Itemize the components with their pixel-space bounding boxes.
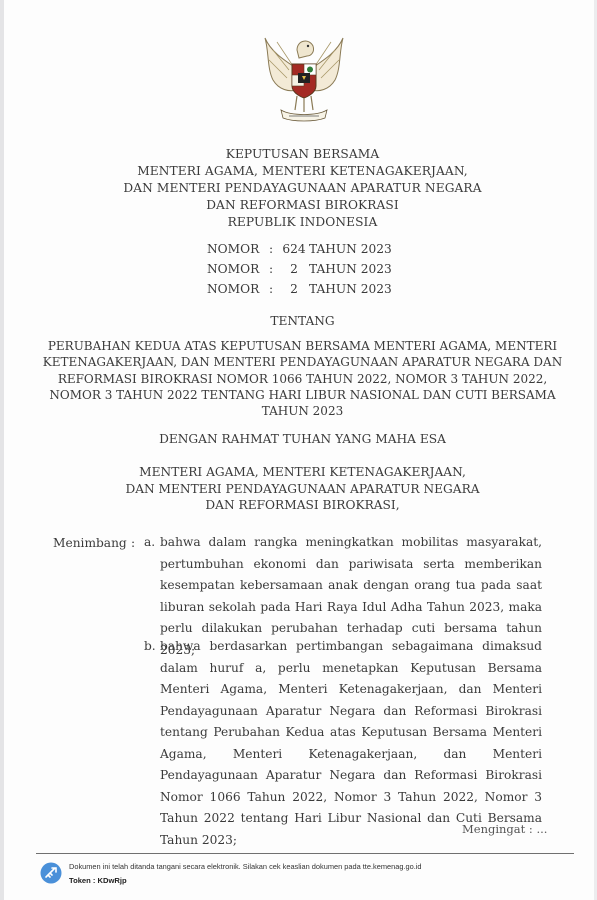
menimbang-label: Menimbang [53,536,127,550]
document-page: KEPUTUSAN BERSAMA MENTERI AGAMA, MENTERI… [0,0,597,900]
decree-numbers: NOMOR : 624 TAHUN 2023 NOMOR : 2 TAHUN 2… [207,239,392,299]
menimbang-colon: : [131,536,135,550]
title-line: TAHUN 2023 [34,403,571,419]
nomor-year: TAHUN 2023 [309,239,392,259]
heading-line: DAN REFORMASI BIROKRASI [4,197,597,214]
title-line: NOMOR 3 TAHUN 2022 TENTANG HARI LIBUR NA… [34,387,571,403]
e-signature-notice: Dokumen ini telah ditanda tangani secara… [69,862,422,871]
garuda-emblem-icon [259,30,349,126]
item-marker: b. [144,636,156,658]
nomor-colon: : [263,279,279,299]
title-line: REFORMASI BIROKRASI NOMOR 1066 TAHUN 202… [34,371,571,387]
menteri-line: DAN MENTERI PENDAYAGUNAAN APARATUR NEGAR… [4,481,597,498]
item-marker: a. [144,532,155,554]
title-line: KETENAGAKERJAAN, DAN MENTERI PENDAYAGUNA… [34,354,571,370]
title-line: PERUBAHAN KEDUA ATAS KEPUTUSAN BERSAMA M… [34,338,571,354]
nomor-label: NOMOR [207,259,263,279]
nomor-row: NOMOR : 2 TAHUN 2023 [207,279,392,299]
nomor-year: TAHUN 2023 [309,279,392,299]
menteri-heading: MENTERI AGAMA, MENTERI KETENAGAKERJAAN, … [4,464,597,514]
menteri-line: MENTERI AGAMA, MENTERI KETENAGAKERJAAN, [4,464,597,481]
menimbang-item: b. bahwa berdasarkan pertimbangan sebaga… [144,636,542,851]
nomor-row: NOMOR : 2 TAHUN 2023 [207,259,392,279]
nomor-number: 2 [279,279,309,299]
decree-heading: KEPUTUSAN BERSAMA MENTERI AGAMA, MENTERI… [4,146,597,231]
nomor-year: TAHUN 2023 [309,259,392,279]
decree-title: PERUBAHAN KEDUA ATAS KEPUTUSAN BERSAMA M… [34,338,571,419]
verification-token: Token : KDwRjp [69,876,127,885]
nomor-colon: : [263,259,279,279]
nomor-number: 2 [279,259,309,279]
heading-line: KEPUTUSAN BERSAMA [4,146,597,163]
heading-line: DAN MENTERI PENDAYAGUNAAN APARATUR NEGAR… [4,180,597,197]
tentang-label: TENTANG [4,314,597,328]
nomor-number: 624 [279,239,309,259]
nomor-row: NOMOR : 624 TAHUN 2023 [207,239,392,259]
heading-line: REPUBLIK INDONESIA [4,214,597,231]
menteri-line: DAN REFORMASI BIROKRASI, [4,497,597,514]
footer-divider [36,853,574,854]
electronic-signature-icon [40,862,62,884]
nomor-label: NOMOR [207,279,263,299]
heading-line: MENTERI AGAMA, MENTERI KETENAGAKERJAAN, [4,163,597,180]
nomor-label: NOMOR [207,239,263,259]
rahmat-line: DENGAN RAHMAT TUHAN YANG MAHA ESA [4,432,597,446]
item-text: bahwa berdasarkan pertimbangan sebagaima… [160,636,542,851]
nomor-colon: : [263,239,279,259]
continuation-note: Mengingat : ... [462,822,547,836]
